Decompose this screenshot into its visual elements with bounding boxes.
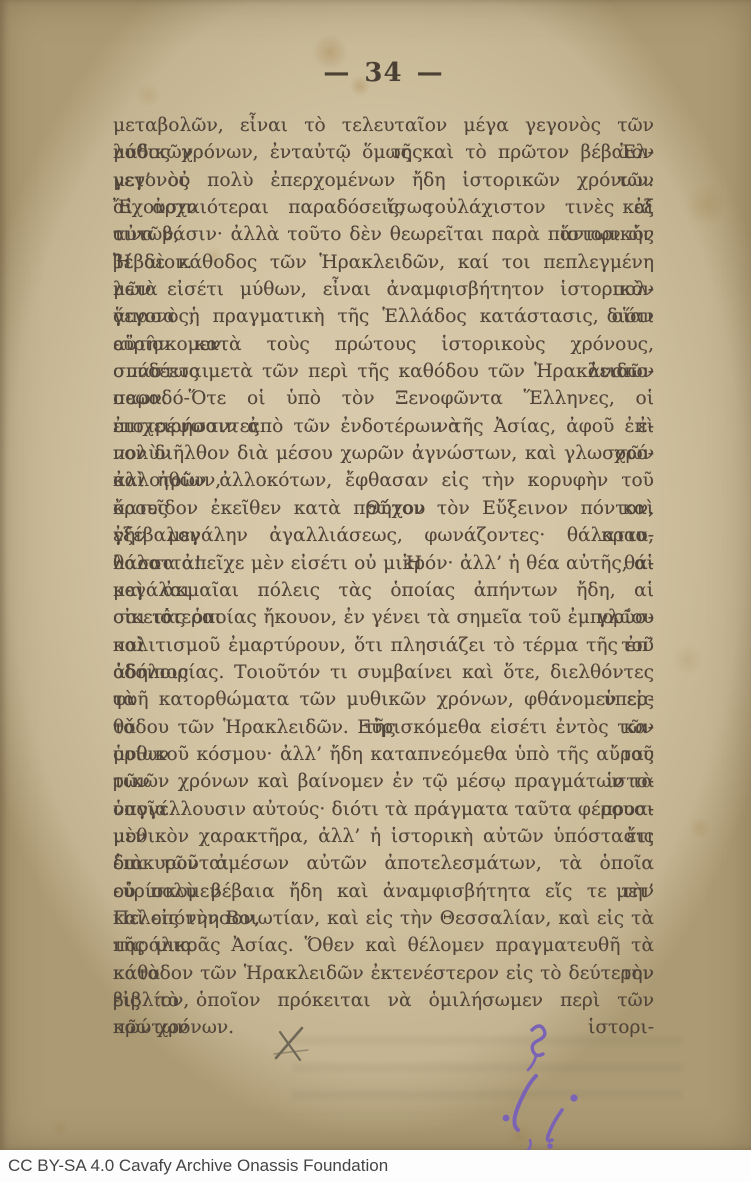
header-rule-left: — bbox=[309, 58, 364, 88]
scanned-book-page: —34— μεταβολῶν, εἶναι τὸ τελευταῖον μέγα… bbox=[0, 0, 751, 1182]
text-line: καὶ εἰς τὴν Βοιωτίαν, καὶ εἰς τὴν Θεσσαλ… bbox=[113, 905, 654, 932]
text-line: σαι τὰς ὁποίας ἤκουον, ἐν γένει τὰ σημεῖ… bbox=[113, 604, 654, 631]
text-line: λασσα ἀπεῖχε μὲν εἰσέτι οὐ μικρόν· ἀλλ’ … bbox=[113, 550, 654, 577]
text-line: τῆς μικρᾶς Ἀσίας. Ὅθεν καὶ θέλομεν πραγμ… bbox=[113, 932, 654, 959]
text-line: καὶ ἀκμαῖαι πόλεις τὰς ὁποίας ἀπήντων ἤδ… bbox=[113, 577, 654, 604]
text-line: αὐτὴν κατὰ τοὺς πρώτους ἱστορικοὺς χρόνο… bbox=[113, 331, 654, 358]
text-line: τινα βάσιν· ἀλλὰ τοῦτο δὲν θεωρεῖται παρ… bbox=[113, 221, 654, 248]
text-line: κατεῖδον ἐκεῖθεν κατὰ πρῶτον τὸν Εὔξεινο… bbox=[113, 495, 654, 522]
text-line: πιστρέψωσιν ἀπὸ τῶν ἐνδοτέρων τῆς Ἀσίας,… bbox=[113, 413, 654, 440]
page-text: μεταβολῶν, εἶναι τὸ τελευταῖον μέγα γεγο… bbox=[113, 112, 654, 1042]
text-line: εἰς τὸ ὁποῖον πρόκειται νὰ ὁμιλήσωμεν πε… bbox=[113, 987, 654, 1014]
text-line: διὰ τῶν ἀμέσων αὐτῶν ἀποτελεσμάτων, τὰ ὁ… bbox=[113, 850, 654, 877]
header-rule-right: — bbox=[403, 58, 458, 88]
text-line: ἅπασα ἡ πραγματικὴ τῆς Ἑλλάδος κατάστασι… bbox=[113, 303, 654, 330]
text-line: καὶ ἠθῶν ἀλλοκότων, ἔφθασαν εἰς τὴν κορυ… bbox=[113, 467, 654, 494]
license-text: CC BY-SA 4.0 Cavafy Archive Onassis Foun… bbox=[0, 1156, 388, 1176]
text-line: φυῆ κατορθώματα τῶν μυθικῶν χρόνων, φθάν… bbox=[113, 686, 654, 713]
text-line: λάδος χρόνων, ἐνταὐτῷ ὅμως καὶ τὸ πρῶτον… bbox=[113, 139, 654, 166]
pencil-x-mark bbox=[268, 1024, 316, 1068]
text-line: νον διῆλθον διὰ μέσου χωρῶν ἀγνώστων, κα… bbox=[113, 440, 654, 467]
text-line: σεων. Ὅτε οἱ ὑπὸ τὸν Ξενοφῶντα Ἕλληνες, … bbox=[113, 385, 654, 412]
text-line: μεταβολῶν, εἶναι τὸ τελευταῖον μέγα γεγο… bbox=[113, 112, 654, 139]
page-header: —34— bbox=[113, 58, 654, 88]
license-bar: CC BY-SA 4.0 Cavafy Archive Onassis Foun… bbox=[0, 1150, 751, 1182]
text-line: αἱ ἀρχαιότεραι παραδόσεις, τοὐλάχιστον τ… bbox=[113, 194, 654, 221]
text-line: ὁδοιπορίας. Τοιοῦτόν τι συμβαίνει καὶ ὅτ… bbox=[113, 659, 654, 686]
handwritten-ink-mark bbox=[470, 1012, 680, 1166]
text-line: ναγγέλλουσιν αὐτούς· διότι τὰ πράγματα τ… bbox=[113, 796, 654, 823]
text-line: μυθικὸν χαρακτῆρα, ἀλλ’ ἡ ἱστορικὴ αὐτῶν… bbox=[113, 823, 654, 850]
page-number: 34 bbox=[364, 58, 402, 88]
text-line: οὐ πολὺ βέβαια ἤδη καὶ ἀναμφισβήτητα εἴς… bbox=[113, 878, 654, 905]
text-line: μετ’ οὐ πολὺ ἐπερχομένων ἤδη ἱστορικῶν χ… bbox=[113, 167, 654, 194]
text-line: Ἡ δὲ κάθοδος τῶν Ἡρακλειδῶν, καί τοι πεπ… bbox=[113, 249, 654, 276]
text-line: ρικῶν χρόνων καὶ βαίνομεν ἐν τῷ μέσῳ πρα… bbox=[113, 768, 654, 795]
text-line: γὴν μεγάλην ἀγαλλιάσεως, φωνάζοντες· θάλ… bbox=[113, 522, 654, 549]
text-line: πολιτισμοῦ ἐμαρτύρουν, ὅτι πλησιάζει τὸ … bbox=[113, 632, 654, 659]
text-line: σπάστως μετὰ τῶν περὶ τῆς καθόδου τῶν Ἡρ… bbox=[113, 358, 654, 385]
text-line: κάθοδον τῶν Ἡρακλειδῶν ἐκτενέστερον εἰς … bbox=[113, 960, 654, 987]
text-line: λῶν εἰσέτι μύθων, εἶναι ἀναμφισβήτητον ἱ… bbox=[113, 276, 654, 303]
text-line: μυθικοῦ κόσμου· ἀλλ’ ἤδη καταπνεόμεθα ὑπ… bbox=[113, 741, 654, 768]
text-line: θόδου τῶν Ἡρακλειδῶν. Εὑρισκόμεθα εἰσέτι… bbox=[113, 714, 654, 741]
